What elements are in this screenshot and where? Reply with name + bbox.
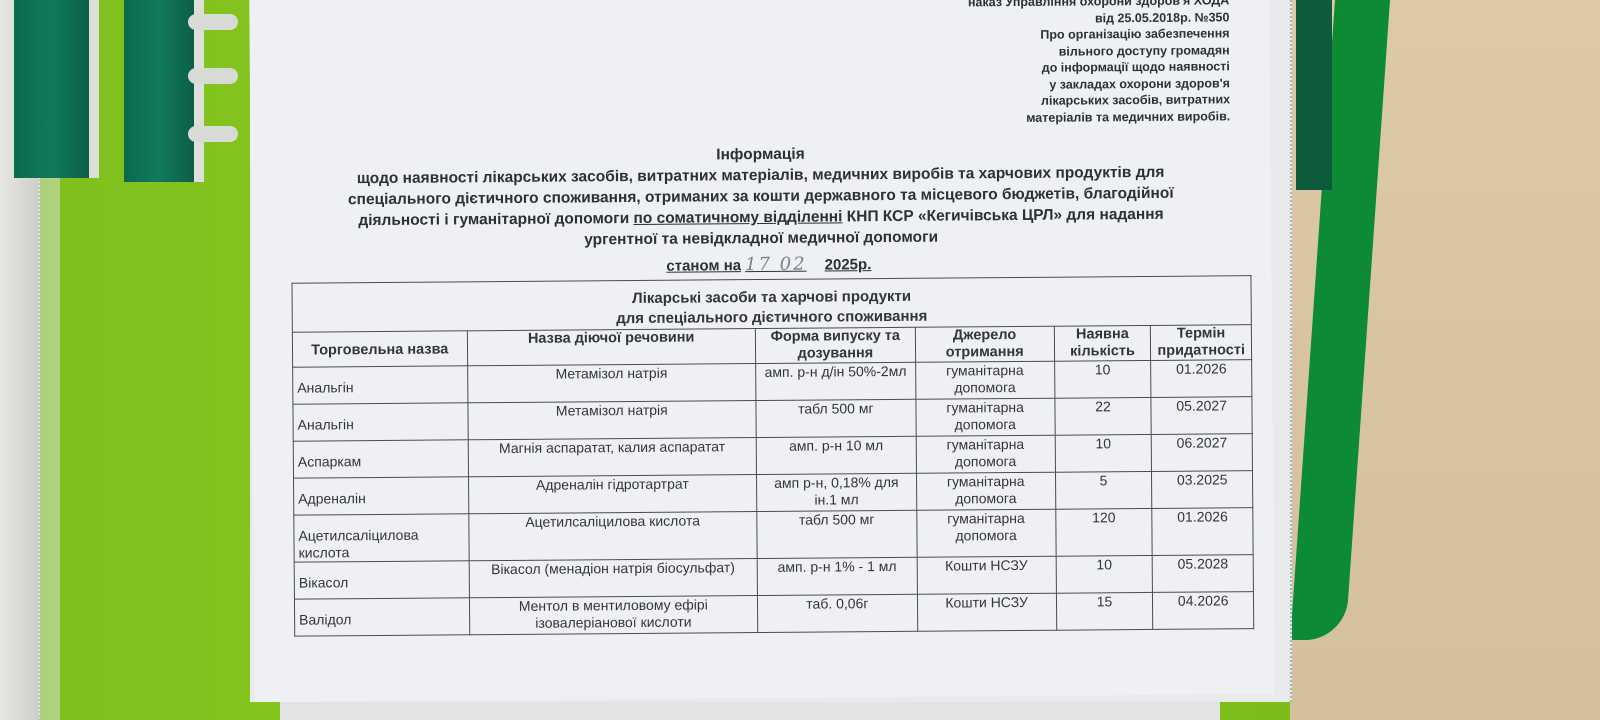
cell-source: Кошти НСЗУ <box>917 593 1056 631</box>
cell-quantity: 5 <box>1055 471 1152 509</box>
cell-source: гуманітарна допомога <box>916 398 1055 436</box>
cell-trade-name: Вікасол <box>294 561 469 599</box>
header-substance: Назва діючої речовини <box>467 329 756 366</box>
cell-form: таб. 0,06г <box>757 594 917 632</box>
title-text: КНП КСР «Кегичівська ЦРЛ» для надання <box>842 206 1163 226</box>
cell-trade-name: Анальгін <box>293 403 468 441</box>
order-line: до інформації щодо наявності <box>900 58 1230 77</box>
holder-rail <box>188 126 238 142</box>
trade-name-text: Адреналін <box>298 477 464 507</box>
cell-source: гуманітарна допомога <box>916 509 1055 557</box>
header-quantity: Наявна кількість <box>1054 325 1151 361</box>
table-row: ВалідолМентол в ментиловому ефірі ізовал… <box>294 592 1253 637</box>
cell-expiry: 05.2027 <box>1151 397 1252 435</box>
order-reference: наказ Управління охорони здоров'я ХОДА в… <box>899 0 1230 127</box>
cell-substance: Адреналін гідротартрат <box>468 475 757 514</box>
holder-rail <box>188 68 238 84</box>
cell-substance: Ацетилсаліцилова кислота <box>468 512 757 561</box>
department-name: по соматичному відділенні <box>633 208 842 227</box>
cell-form: амп. р-н 1% - 1 мл <box>757 557 917 595</box>
cell-substance: Метамізол натрія <box>467 401 756 440</box>
cell-form: табл 500 мг <box>757 510 917 558</box>
trade-name-text: Валідол <box>299 598 465 628</box>
cell-substance: Ментол в ментиловому ефірі ізовалеріанов… <box>469 596 758 635</box>
cell-quantity: 120 <box>1055 508 1152 556</box>
cell-source: гуманітарна допомога <box>915 361 1054 399</box>
cell-quantity: 10 <box>1056 555 1153 593</box>
cell-quantity: 22 <box>1055 397 1152 435</box>
trade-name-text: Ацетилсаліцилова кислота <box>298 514 464 561</box>
cell-trade-name: Валідол <box>294 598 469 636</box>
cell-quantity: 10 <box>1054 360 1151 398</box>
cell-trade-name: Анальгін <box>293 366 468 404</box>
header-trade-name: Торговельна назва <box>292 331 467 367</box>
cell-substance: Вікасол (менадіон натрія біосульфат) <box>469 559 758 598</box>
document-holder-clip <box>1296 0 1332 190</box>
handwritten-date: 17 02 <box>745 254 807 275</box>
cell-expiry: 01.2026 <box>1151 360 1252 398</box>
cell-source: гуманітарна допомога <box>916 435 1055 473</box>
plastic-sleeve-left-inner <box>38 170 60 720</box>
cell-form: амп р-н, 0,18% для ін.1 мл <box>757 473 917 511</box>
cell-trade-name: Ацетилсаліцилова кислота <box>294 514 469 562</box>
cell-quantity: 15 <box>1056 592 1153 630</box>
cell-quantity: 10 <box>1055 434 1152 472</box>
trade-name-text: Аспаркам <box>298 440 464 470</box>
info-document: наказ Управління охорони здоров'я ХОДА в… <box>249 0 1274 702</box>
cell-trade-name: Аспаркам <box>293 440 468 478</box>
trade-name-text: Вікасол <box>299 561 465 591</box>
header-expiry: Термін придатності <box>1151 325 1252 361</box>
cell-source: Кошти НСЗУ <box>917 556 1056 594</box>
document-title: Інформація щодо наявності лікарських зас… <box>295 140 1226 252</box>
cell-substance: Метамізол натрія <box>467 364 756 403</box>
cell-source: гуманітарна допомога <box>916 472 1055 510</box>
header-source: Джерело отримання <box>915 326 1054 362</box>
table-row: Ацетилсаліцилова кислотаАцетилсаліцилова… <box>294 508 1253 563</box>
cell-expiry: 05.2028 <box>1152 555 1253 593</box>
title-text: діяльності і гуманітарної допомоги <box>358 210 633 229</box>
cell-form: амп. р-н 10 мл <box>756 436 916 474</box>
order-line: Про організацію забезпечення <box>899 25 1229 44</box>
cell-trade-name: Адреналін <box>294 477 469 515</box>
order-line: матеріалів та медичних виробів. <box>900 108 1230 127</box>
cell-form: амп. р-н д/ін 50%-2мл <box>756 362 916 400</box>
document-holder-clip <box>14 0 99 178</box>
trade-name-text: Анальгін <box>297 403 463 433</box>
medicines-table: Лікарські засоби та харчові продукти для… <box>291 275 1254 637</box>
cell-expiry: 01.2026 <box>1152 508 1253 556</box>
cell-expiry: 06.2027 <box>1152 434 1253 472</box>
holder-rail <box>188 14 238 30</box>
cell-expiry: 04.2026 <box>1153 592 1254 630</box>
table-caption: Лікарські засоби та харчові продукти для… <box>292 276 1251 333</box>
order-line: лікарських засобів, витратних <box>900 91 1230 110</box>
date-year: 2025р. <box>825 256 872 273</box>
date-prefix: станом на <box>666 257 741 275</box>
as-of-date: станом на17 022025р. <box>666 253 871 276</box>
cell-form: табл 500 мг <box>756 399 916 437</box>
cell-expiry: 03.2025 <box>1152 471 1253 509</box>
trade-name-text: Анальгін <box>297 366 463 396</box>
cell-substance: Магнія аспаратат, калия аспаратат <box>468 438 757 477</box>
header-form: Форма випуску та дозування <box>755 327 915 363</box>
